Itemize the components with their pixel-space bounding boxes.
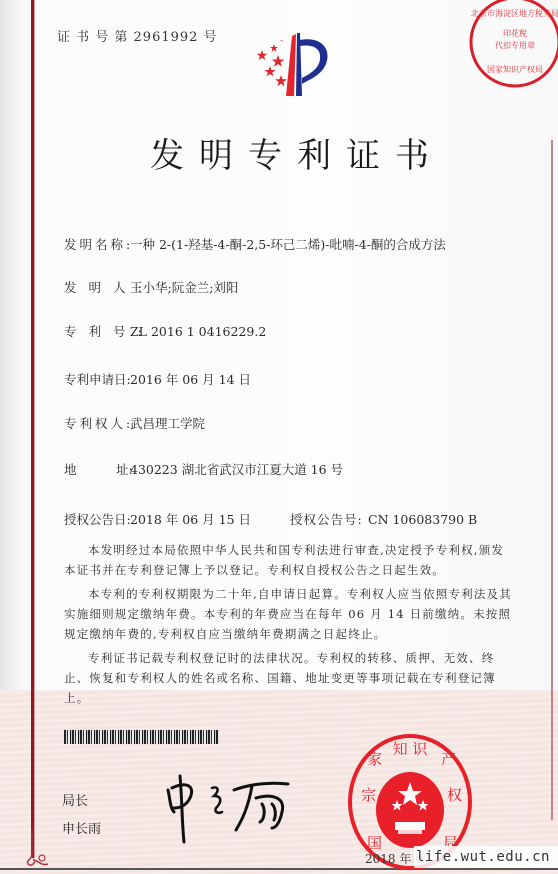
patent-number-label: 专利号: <box>64 322 130 340</box>
field-patentee: 专利权人:武昌理工学院 <box>64 414 205 432</box>
svg-text:家: 家 <box>367 750 382 768</box>
grant-number-label: 授权公告号: <box>290 510 368 528</box>
patent-number-value: ZL 2016 1 0416229.2 <box>130 324 266 339</box>
invention-name-label: 发明名称: <box>64 235 130 253</box>
invention-name-value: 一种 2-(1-羟基-4-酮-2,5-环己二烯)-吡喃-4-酮的合成方法 <box>130 237 446 252</box>
svg-text:宗: 宗 <box>361 786 376 804</box>
patentee-value: 武昌理工学院 <box>130 416 205 431</box>
signatory-role: 局长 <box>62 790 88 809</box>
frame-border-left <box>31 0 34 858</box>
application-date-value: 2016 年 06 月 14 日 <box>130 372 251 387</box>
svg-text:代扣专用章: 代扣专用章 <box>495 40 535 50</box>
svg-text:权: 权 <box>447 786 462 804</box>
seal-text: 知 识 <box>393 740 429 758</box>
grant-date-value: 2018 年 06 月 15 日 <box>130 512 251 527</box>
body-paragraph-3: 专利证书记载专利权登记时的法律状况。专利权的转移、质押、无效、终止、恢复和专利权… <box>64 648 516 708</box>
body-paragraph-2: 本专利的专利权期限为二十年,自申请日起算。专利权人应当依照专利法及其实施细则规定… <box>64 584 516 644</box>
barcode <box>64 730 219 744</box>
svg-text:北京市海淀区地方税务局: 北京市海淀区地方税务局 <box>471 8 558 18</box>
body-paragraph-1: 本发明经过本局依照中华人民共和国专利法进行审查,决定授予专利权,颁发本证书并在专… <box>64 540 516 580</box>
patentee-label: 专利权人: <box>64 414 130 432</box>
address-value: 430223 湖北省武汉市江夏大道 16 号 <box>130 462 343 477</box>
field-inventors: 发明人:王小华;阮金兰;刘阳 <box>64 278 238 296</box>
grant-date-label: 授权公告日: <box>64 510 130 528</box>
svg-text:印花税: 印花税 <box>503 28 527 38</box>
svg-text:产: 产 <box>441 750 456 768</box>
field-patent-number: 专利号:ZL 2016 1 0416229.2 <box>64 322 266 340</box>
field-invention-name: 发明名称:一种 2-(1-羟基-4-酮-2,5-环己二烯)-吡喃-4-酮的合成方… <box>64 235 446 253</box>
field-grant-date: 授权公告日:2018 年 06 月 15 日 <box>64 510 251 528</box>
grant-number-value: CN 106083790 B <box>368 512 477 527</box>
svg-text:国家知识产权局: 国家知识产权局 <box>487 64 543 74</box>
source-watermark: life.wut.edu.cn <box>414 846 558 868</box>
application-date-label: 专利申请日: <box>64 370 130 388</box>
tax-stamp-seal-icon: 北京市海淀区地方税务局 印花税 代扣专用章 国家知识产权局 <box>465 0 558 90</box>
inventors-value: 王小华;阮金兰;刘阳 <box>130 280 238 295</box>
certificate-title: 发明专利证书 <box>150 128 450 177</box>
corner-ornament-icon <box>22 830 52 868</box>
field-grant-number: 授权公告号:CN 106083790 B <box>290 510 477 528</box>
frame-border-right <box>551 140 553 820</box>
certificate-number: 证 书 号 第 2961992 号 <box>57 26 218 45</box>
address-label-a: 地 <box>64 460 116 478</box>
inventors-label: 发明人: <box>64 278 130 296</box>
certificate-page: 证 书 号 第 2961992 号 发明专利证书 发明名称:一种 2-(1-羟基… <box>0 0 558 874</box>
field-application-date: 专利申请日:2016 年 06 月 14 日 <box>64 370 251 388</box>
address-label: 地址: <box>64 460 130 478</box>
field-address: 地址:430223 湖北省武汉市江夏大道 16 号 <box>64 460 343 478</box>
handwritten-signature-icon <box>160 768 300 848</box>
signatory-name: 申长雨 <box>62 818 101 837</box>
cnipa-logo-icon <box>250 30 340 100</box>
